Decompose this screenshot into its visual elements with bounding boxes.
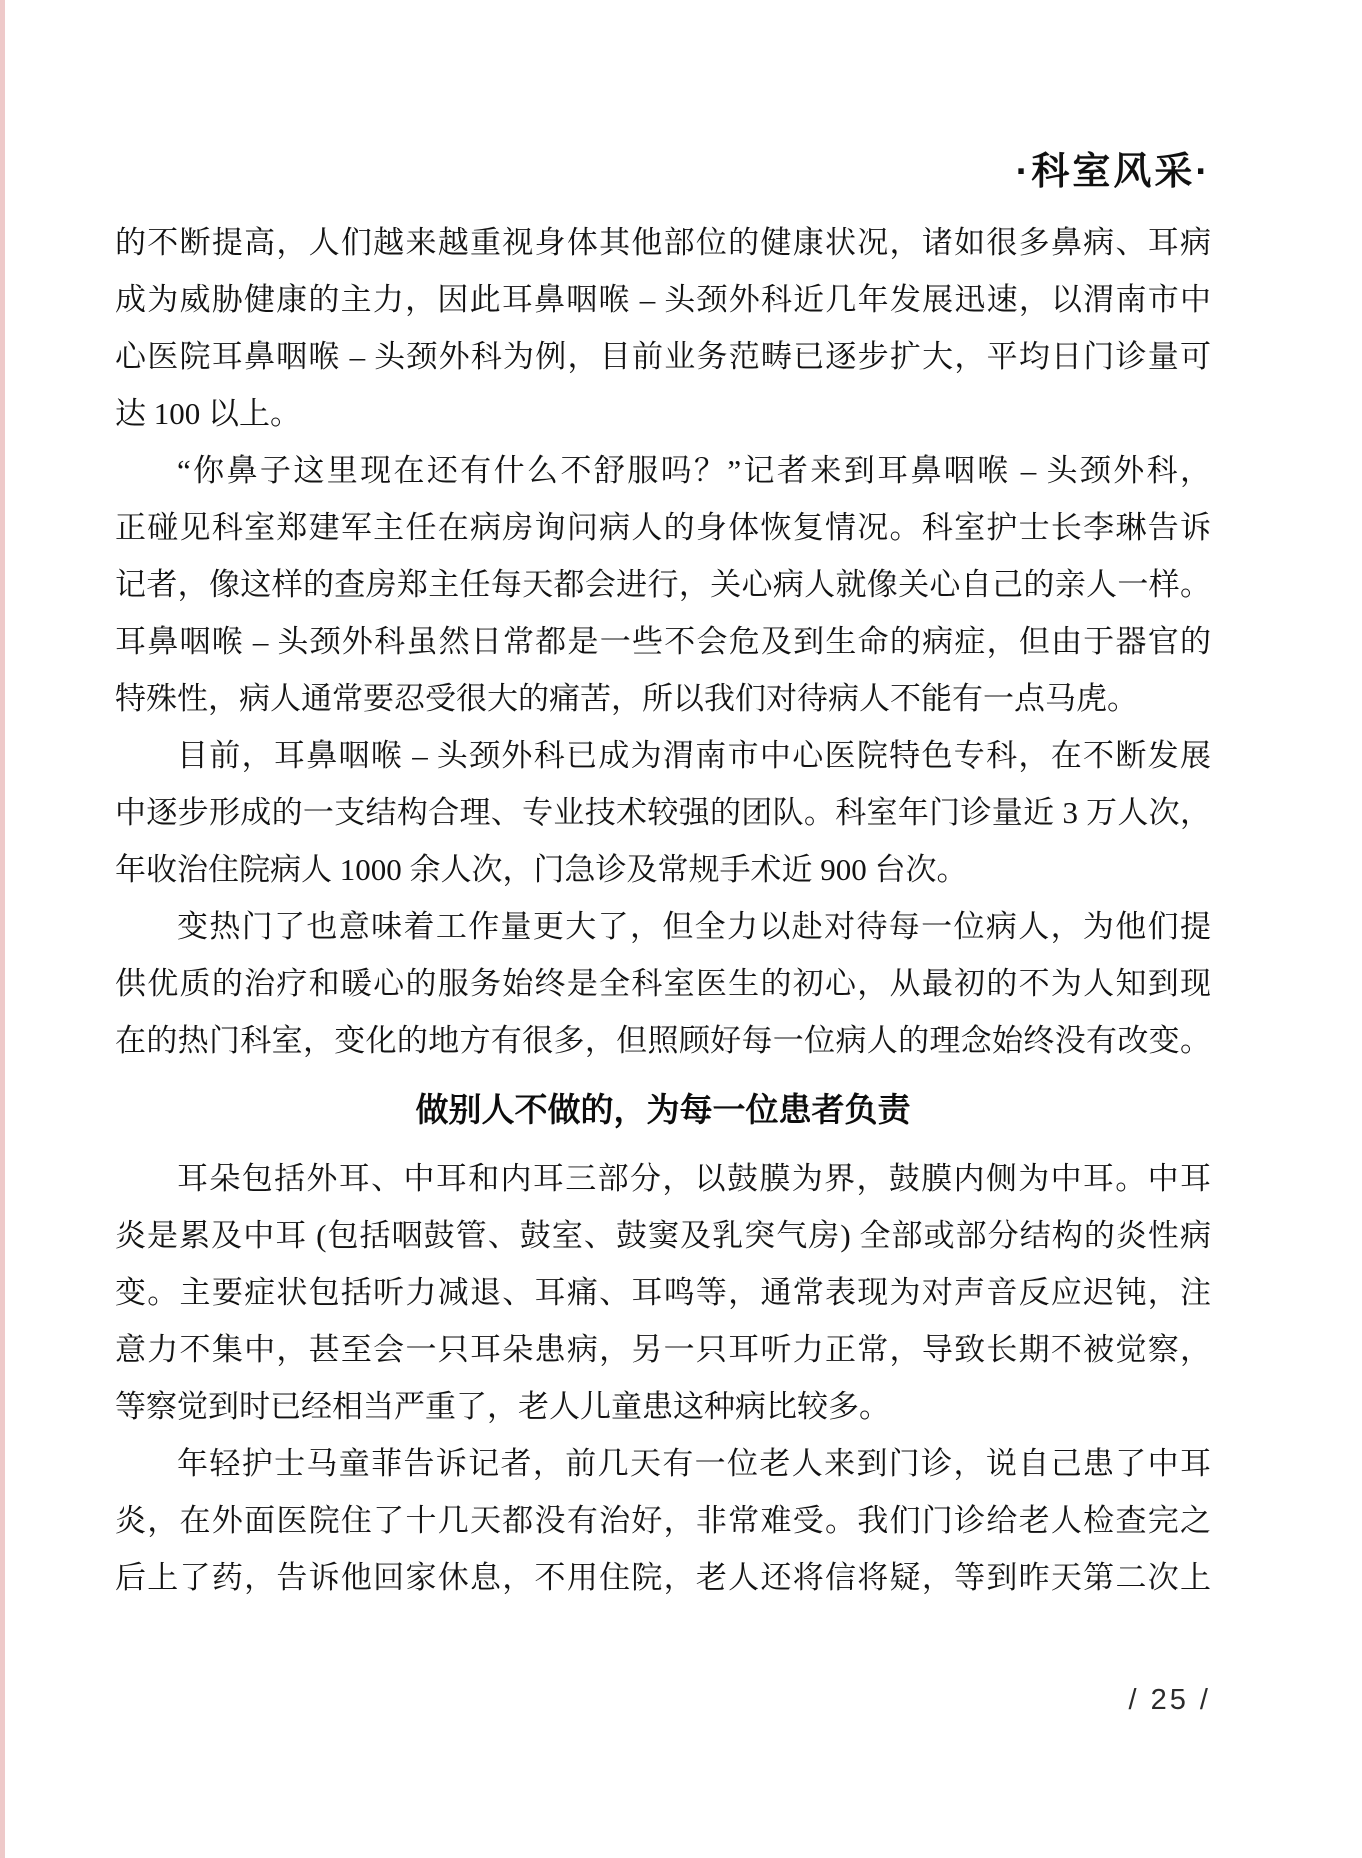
text-line: 变。主要症状包括听力减退、耳痛、耳鸣等，通常表现为对声音反应迟钝，注 bbox=[115, 1264, 1211, 1321]
text-line: 在的热门科室，变化的地方有很多，但照顾好每一位病人的理念始终没有改变。 bbox=[115, 1012, 1211, 1069]
text-line: 心医院耳鼻咽喉 – 头颈外科为例，目前业务范畴已逐步扩大，平均日门诊量可 bbox=[115, 328, 1211, 385]
text-line: 达 100 以上。 bbox=[115, 385, 1211, 442]
text-line: 目前，耳鼻咽喉 – 头颈外科已成为渭南市中心医院特色专科，在不断发展 bbox=[115, 727, 1211, 784]
text-line: 炎，在外面医院住了十几天都没有治好，非常难受。我们门诊给老人检查完之 bbox=[115, 1492, 1211, 1549]
text-line: 年收治住院病人 1000 余人次，门急诊及常规手术近 900 台次。 bbox=[115, 841, 1211, 898]
magazine-page: { "doc": { "header": "·科室风采·", "page_num… bbox=[0, 0, 1362, 1858]
text-line: 耳朵包括外耳、中耳和内耳三部分，以鼓膜为界，鼓膜内侧为中耳。中耳 bbox=[115, 1150, 1211, 1207]
text-line: 中逐步形成的一支结构合理、专业技术较强的团队。科室年门诊量近 3 万人次， bbox=[115, 784, 1211, 841]
text-line: 炎是累及中耳 (包括咽鼓管、鼓室、鼓窦及乳突气房) 全部或部分结构的炎性病 bbox=[115, 1207, 1211, 1264]
text-line: 等察觉到时已经相当严重了，老人儿童患这种病比较多。 bbox=[115, 1378, 1211, 1435]
text-line: “你鼻子这里现在还有什么不舒服吗？”记者来到耳鼻咽喉 – 头颈外科， bbox=[115, 442, 1211, 499]
page-number: / 25 / bbox=[115, 1684, 1211, 1717]
text-line: 意力不集中，甚至会一只耳朵患病，另一只耳听力正常，导致长期不被觉察， bbox=[115, 1321, 1211, 1378]
text-line: 变热门了也意味着工作量更大了，但全力以赴对待每一位病人，为他们提 bbox=[115, 898, 1211, 955]
text-line: 记者，像这样的查房郑主任每天都会进行，关心病人就像关心自己的亲人一样。 bbox=[115, 556, 1211, 613]
text-line: 成为威胁健康的主力，因此耳鼻咽喉 – 头颈外科近几年发展迅速，以渭南市中 bbox=[115, 271, 1211, 328]
text-line: 后上了药，告诉他回家休息，不用住院，老人还将信将疑，等到昨天第二次上 bbox=[115, 1549, 1211, 1606]
text-line: 的不断提高，人们越来越重视身体其他部位的健康状况，诸如很多鼻病、耳病 bbox=[115, 214, 1211, 271]
text-line: 供优质的治疗和暖心的服务始终是全科室医生的初心，从最初的不为人知到现 bbox=[115, 955, 1211, 1012]
text-line: 正碰见科室郑建军主任在病房询问病人的身体恢复情况。科室护士长李琳告诉 bbox=[115, 499, 1211, 556]
text-line: 年轻护士马童菲告诉记者，前几天有一位老人来到门诊，说自己患了中耳 bbox=[115, 1435, 1211, 1492]
page-left-edge bbox=[0, 0, 5, 1858]
section-subtitle: 做别人不做的，为每一位患者负责 bbox=[115, 1083, 1211, 1140]
text-line: 特殊性，病人通常要忍受很大的痛苦，所以我们对待病人不能有一点马虎。 bbox=[115, 670, 1211, 727]
text-line: 耳鼻咽喉 – 头颈外科虽然日常都是一些不会危及到生命的病症，但由于器官的 bbox=[115, 613, 1211, 670]
article-body: 的不断提高，人们越来越重视身体其他部位的健康状况，诸如很多鼻病、耳病 成为威胁健… bbox=[115, 214, 1211, 1606]
page-header: ·科室风采· bbox=[115, 140, 1211, 195]
